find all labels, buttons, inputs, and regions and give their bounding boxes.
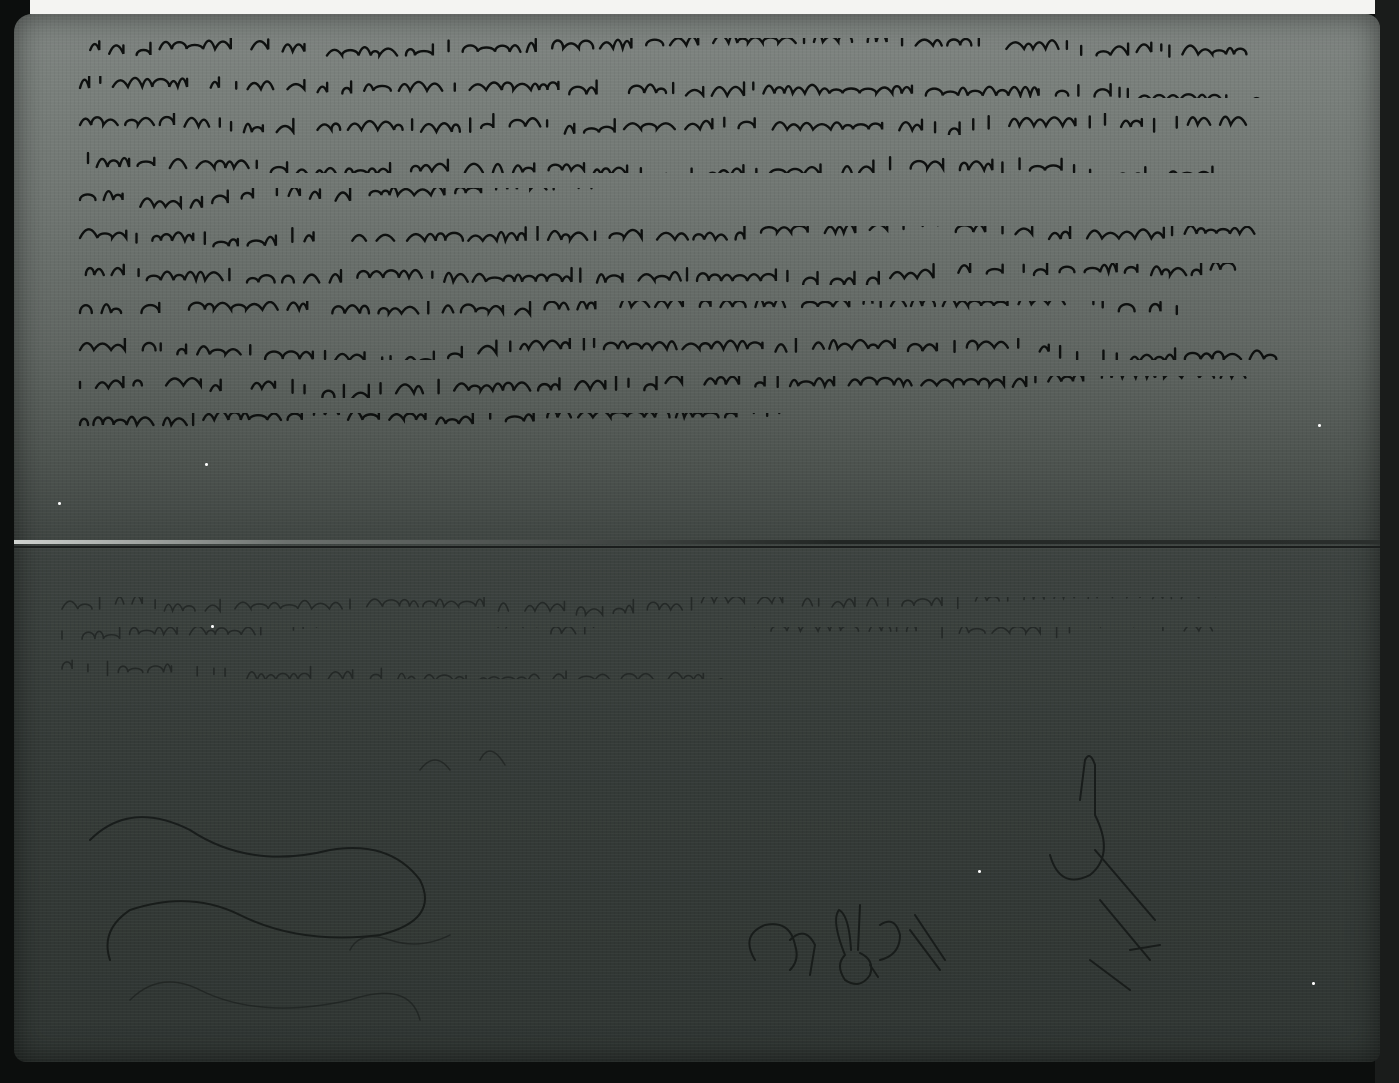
dust-speck [1312,982,1315,985]
script-line [78,338,1328,360]
script-line [60,597,1310,619]
script-line [78,76,1328,98]
fold-shadow [14,546,1380,548]
script-line [78,413,928,435]
script-line [78,188,1328,210]
script-line [60,627,1310,649]
top-paper-strip [30,0,1399,14]
script-line [78,226,1328,248]
script-line [78,263,1328,285]
script-line [78,151,1328,173]
script-line [78,38,1328,60]
script-line [78,113,1328,135]
script-line [78,301,1328,323]
dust-speck [1318,424,1321,427]
script-line [78,376,1328,398]
fold-crease [14,540,1380,544]
dust-speck [211,625,214,628]
dust-speck [205,463,208,466]
dust-speck [58,502,61,505]
dust-speck [978,870,981,873]
script-line [60,657,910,679]
